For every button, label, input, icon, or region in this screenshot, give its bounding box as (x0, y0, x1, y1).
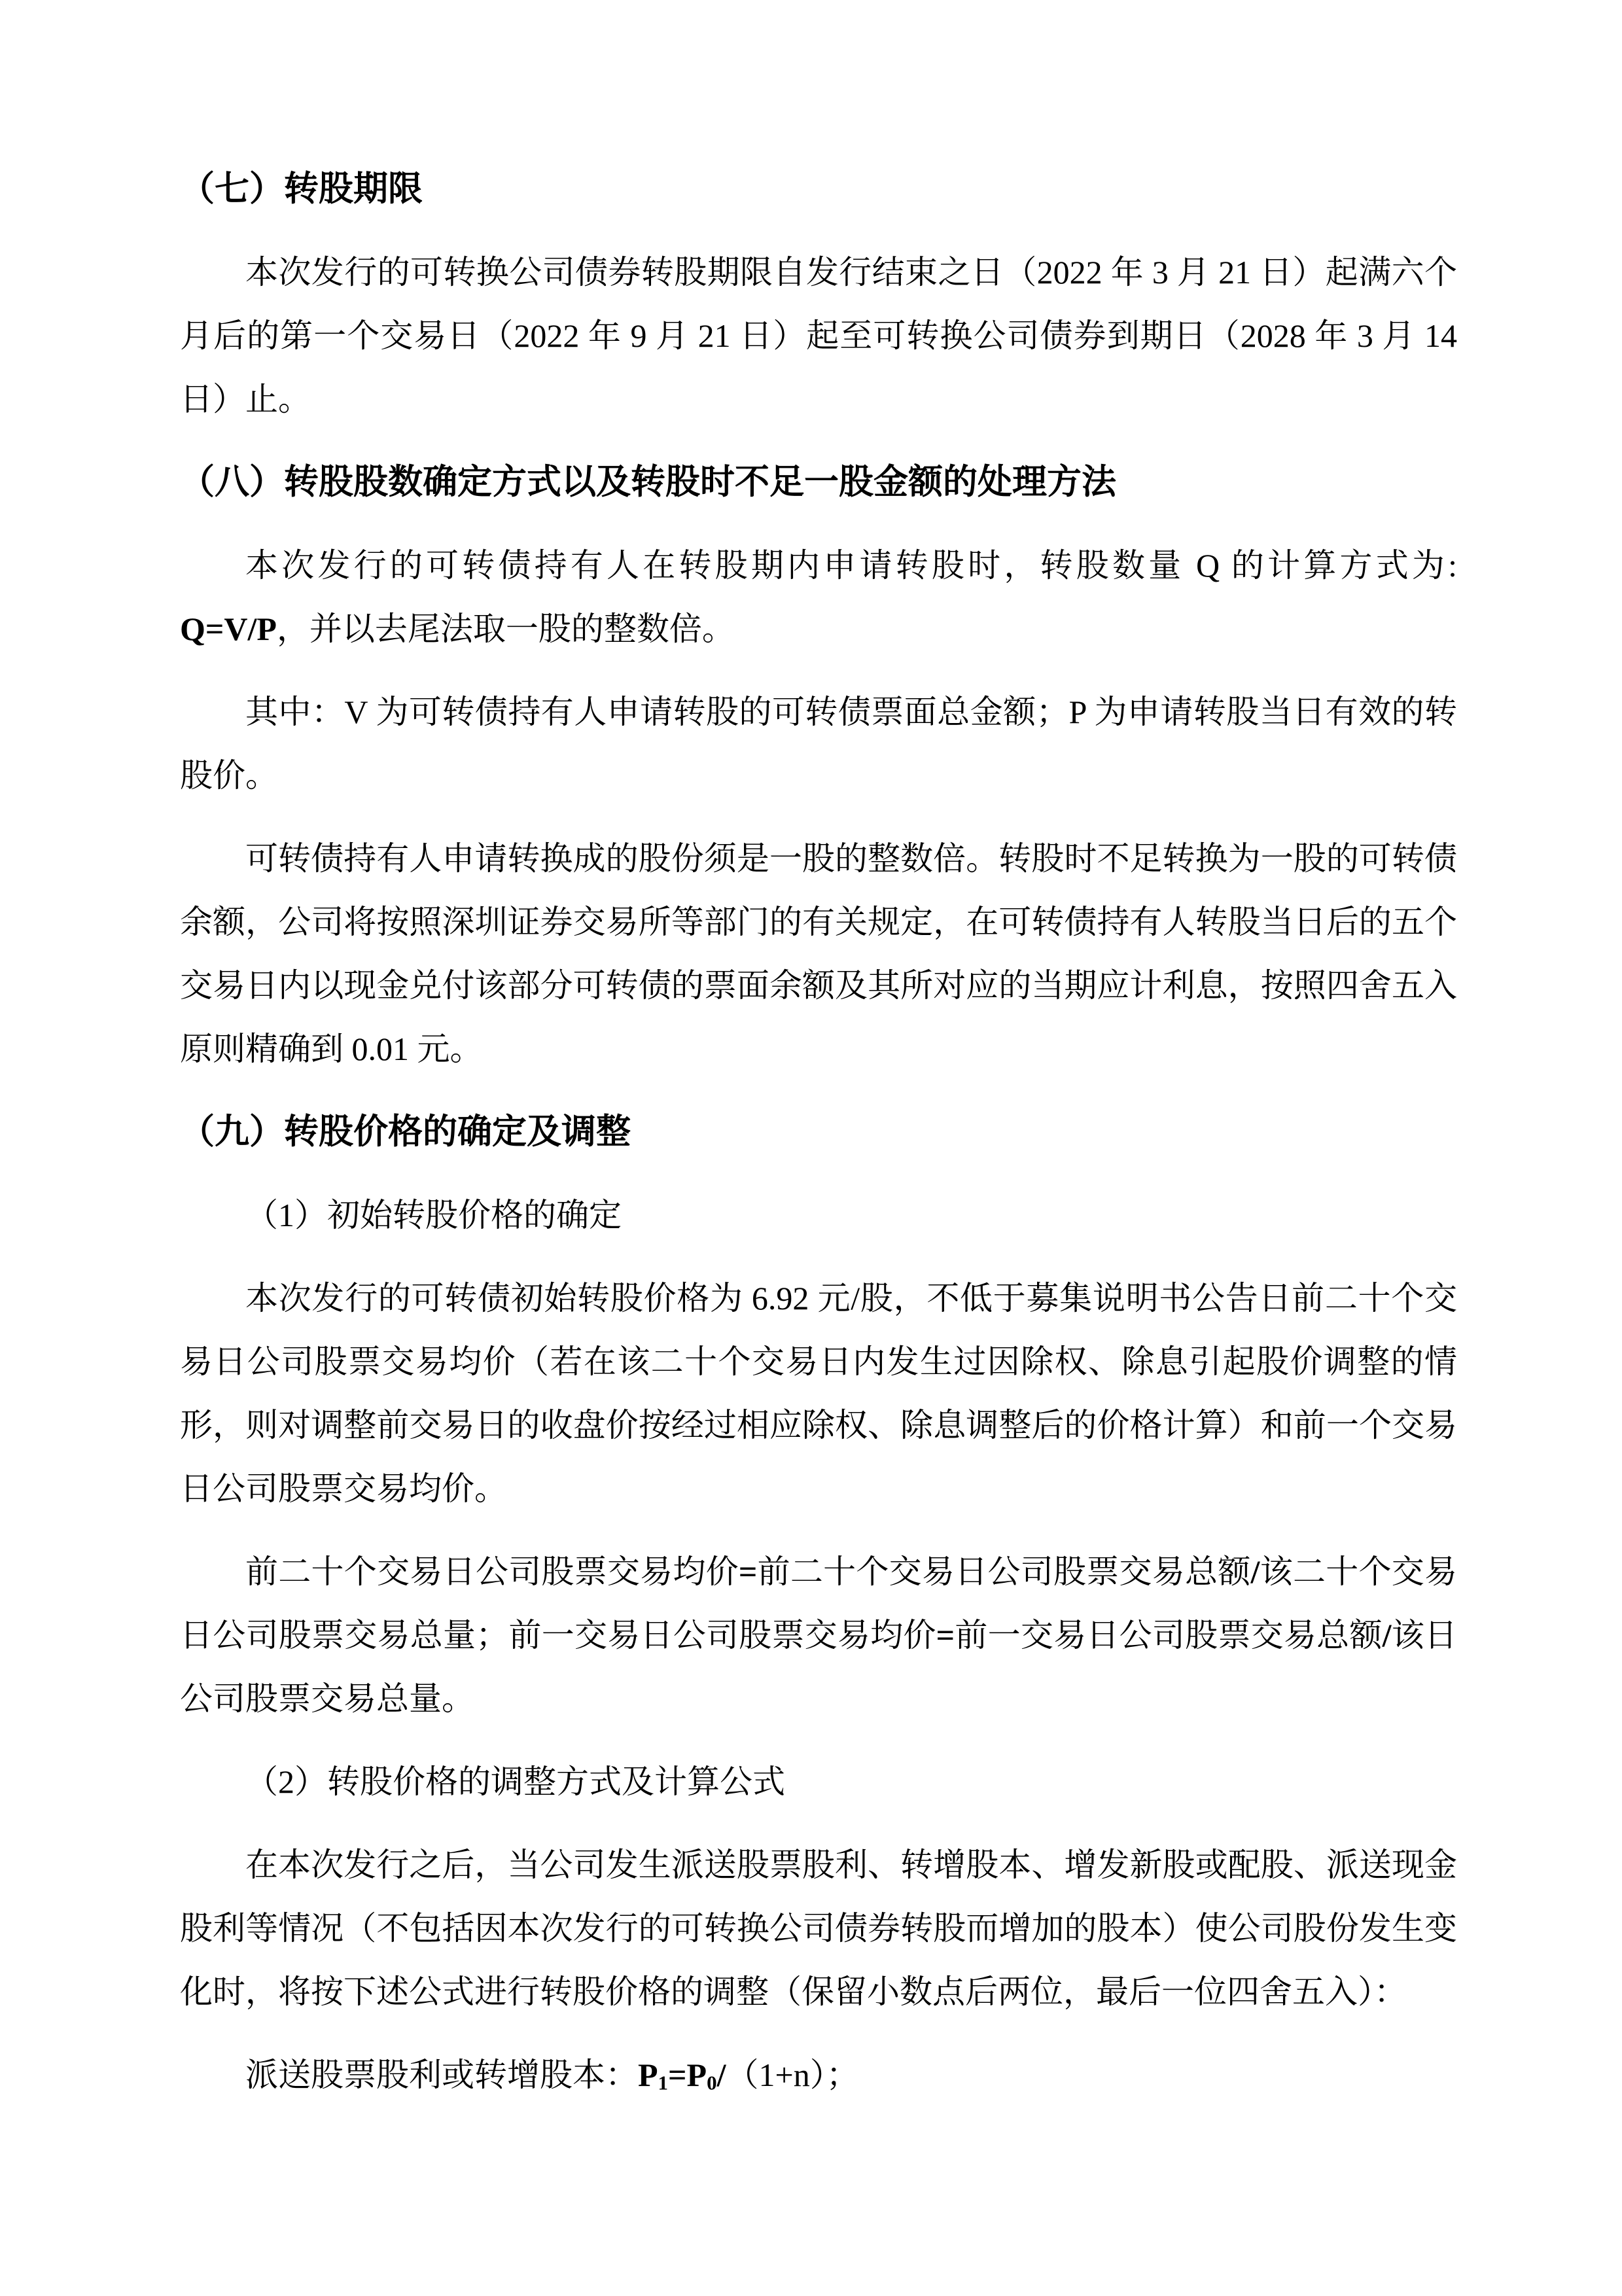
text-run: 本次发行的可转债初始转股价格为 6.92 元/股，不低于募集说明书公告日前二十个… (180, 1280, 1457, 1507)
text-run: 本次发行的可转换公司债券转股期限自发行结束之日（2022 年 3 月 21 日）… (180, 254, 1457, 417)
text-run: 其中：V 为可转债持有人申请转股的可转债票面总金额；P 为申请转股当日有效的转股… (180, 694, 1457, 794)
document-page: （七）转股期限本次发行的可转换公司债券转股期限自发行结束之日（2022 年 3 … (0, 0, 1622, 2296)
bold-text-run: P (638, 2057, 658, 2093)
body-paragraph: 可转债持有人申请转换成的股份须是一股的整数倍。转股时不足转换为一股的可转债余额，… (180, 827, 1457, 1081)
body-paragraph: 在本次发行之后，当公司发生派送股票股利、转增股本、增发新股或配股、派送现金股利等… (180, 1833, 1457, 2024)
bold-text-run: Q=V/P (180, 610, 277, 647)
text-run: 可转债持有人申请转换成的股份须是一股的整数倍。转股时不足转换为一股的可转债余额，… (180, 840, 1457, 1067)
text-run: （1）初始转股价格的确定 (245, 1197, 622, 1233)
text-run: （九）转股价格的确定及调整 (180, 1113, 631, 1151)
body-paragraph: 本次发行的可转债持有人在转股期内申请转股时，转股数量 Q 的计算方式为: Q=V… (180, 534, 1457, 661)
section-heading-8: （八）转股股数确定方式以及转股时不足一股金额的处理方法 (180, 451, 1457, 514)
text-run: （1+n）； (726, 2057, 859, 2093)
text-run: 前二十个交易日公司股票交易均价 (245, 1553, 739, 1590)
section-heading-9: （九）转股价格的确定及调整 (180, 1101, 1457, 1164)
sub-item-2: （2）转股价格的调整方式及计算公式 (180, 1750, 1457, 1814)
body-paragraph: 前二十个交易日公司股票交易均价=前二十个交易日公司股票交易总额/该二十个交易日公… (180, 1540, 1457, 1731)
text-run: （八）转股股数确定方式以及转股时不足一股金额的处理方法 (180, 463, 1116, 501)
formula-line: 派送股票股利或转增股本：P1=P0/（1+n）； (180, 2043, 1457, 2107)
bold-text-run: = (936, 1617, 955, 1653)
bold-text-run: / (1251, 1553, 1260, 1590)
text-run: ，并以去尾法取一股的整数倍。 (277, 610, 735, 647)
text-run: 派送股票股利或转增股本： (245, 2057, 638, 2093)
formula-subscript: 0 (707, 2072, 717, 2094)
body-paragraph: 本次发行的可转换公司债券转股期限自发行结束之日（2022 年 3 月 21 日）… (180, 241, 1457, 431)
text-run: 本次发行的可转债持有人在转股期内申请转股时，转股数量 Q 的计算方式为: (245, 547, 1457, 584)
text-run: （2）转股价格的调整方式及计算公式 (245, 1763, 785, 1800)
body-paragraph: 其中：V 为可转债持有人申请转股的可转债票面总金额；P 为申请转股当日有效的转股… (180, 680, 1457, 807)
text-run: 前一交易日公司股票交易总额 (955, 1617, 1382, 1653)
sub-item-1: （1）初始转股价格的确定 (180, 1184, 1457, 1247)
formula-subscript: 1 (658, 2072, 669, 2094)
text-run: 前二十个交易日公司股票交易总额 (757, 1553, 1250, 1590)
body-paragraph: 本次发行的可转债初始转股价格为 6.92 元/股，不低于募集说明书公告日前二十个… (180, 1267, 1457, 1521)
bold-text-run: / (1383, 1617, 1392, 1653)
text-run: 在本次发行之后，当公司发生派送股票股利、转增股本、增发新股或配股、派送现金股利等… (180, 1846, 1457, 2010)
bold-text-run: = (739, 1553, 758, 1590)
section-heading-7: （七）转股期限 (180, 158, 1457, 221)
bold-text-run: =P (668, 2057, 707, 2093)
text-run: （七）转股期限 (180, 170, 423, 208)
bold-text-run: / (717, 2057, 726, 2093)
